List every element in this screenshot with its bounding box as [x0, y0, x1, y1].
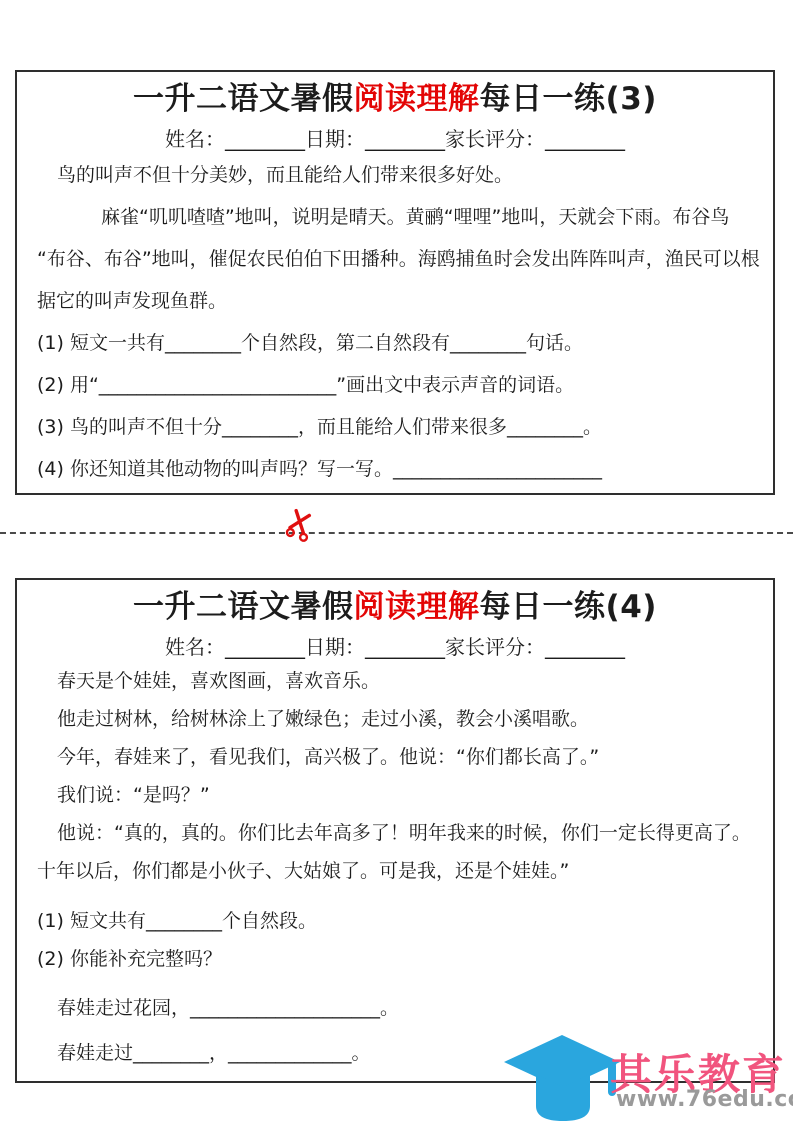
worksheet-3: 一升二语文暑假阅读理解每日一练(3) 姓名：________日期：_______… — [15, 70, 775, 495]
passage-line: 他走过树林，给树林涂上了嫩绿色；走过小溪，教会小溪唱歌。 — [37, 700, 753, 738]
worksheet-4-title: 一升二语文暑假阅读理解每日一练(4) — [27, 586, 763, 628]
scissors-icon — [284, 508, 322, 546]
question-2: (2) 你能补充完整吗？ — [37, 940, 753, 978]
question-3: (3) 鸟的叫声不但十分________，而且能给人们带来很多________。 — [37, 406, 753, 448]
worksheet-4-questions: (1) 短文共有________个自然段。 (2) 你能补充完整吗？ — [37, 902, 753, 978]
question-1: (1) 短文一共有________个自然段，第二自然段有________句话。 — [37, 322, 753, 364]
passage-line: 十年以后，你们都是小伙子、大姑娘了。可是我，还是个娃娃。” — [37, 852, 753, 890]
graduation-cap-icon — [502, 1034, 622, 1122]
question-1: (1) 短文共有________个自然段。 — [37, 902, 753, 940]
worksheet-4-content: 春天是个娃娃，喜欢图画，喜欢音乐。 他走过树林，给树林涂上了嫩绿色；走过小溪，教… — [17, 662, 773, 1076]
title-pre: 一升二语文暑假 — [133, 589, 354, 625]
passage-line: 鸟的叫声不但十分美妙，而且能给人们带来很多好处。 — [37, 154, 753, 196]
passage-line: 我们说：“是吗？” — [37, 776, 753, 814]
name-date-score-row: 姓名：________日期：________家长评分：________ — [17, 124, 773, 154]
title-highlight: 阅读理解 — [354, 589, 480, 625]
passage-line: “布谷、布谷”地叫，催促农民伯伯下田播种。海鸥捕鱼时会发出阵阵叫声，渔民可以根 — [37, 238, 753, 280]
worksheet-3-content: 鸟的叫声不但十分美妙，而且能给人们带来很多好处。 麻雀“叽叽喳喳”地叫，说明是晴… — [17, 154, 773, 490]
question-4: (4) 你还知道其他动物的叫声吗？写一写。___________________… — [37, 448, 753, 490]
cut-line-divider — [0, 532, 793, 534]
title-post: 每日一练(3) — [480, 81, 657, 117]
passage-line: 今年，春娃来了，看见我们，高兴极了。他说：“你们都长高了。” — [37, 738, 753, 776]
passage-line: 春天是个娃娃，喜欢图画，喜欢音乐。 — [37, 662, 753, 700]
question-2: (2) 用“_________________________”画出文中表示声音… — [37, 364, 753, 406]
passage-line: 麻雀“叽叽喳喳”地叫，说明是晴天。黄鹂“哩哩”地叫，天就会下雨。布谷鸟 — [37, 196, 753, 238]
name-date-score-row: 姓名：________日期：________家长评分：________ — [17, 632, 773, 662]
passage-line: 据它的叫声发现鱼群。 — [37, 280, 753, 322]
fill-line: 春娃走过花园，____________________。 — [37, 986, 753, 1031]
title-pre: 一升二语文暑假 — [133, 81, 354, 117]
passage-line: 他说：“真的，真的。你们比去年高多了！明年我来的时候，你们一定长得更高了。 — [37, 814, 753, 852]
title-highlight: 阅读理解 — [354, 81, 480, 117]
title-post: 每日一练(4) — [480, 589, 657, 625]
worksheet-4: 一升二语文暑假阅读理解每日一练(4) 姓名：________日期：_______… — [15, 578, 775, 1083]
brand-logo: 其乐教育 www.76edu.com — [500, 1030, 793, 1122]
worksheet-3-title: 一升二语文暑假阅读理解每日一练(3) — [27, 78, 763, 120]
brand-url: www.76edu.com — [616, 1087, 793, 1112]
